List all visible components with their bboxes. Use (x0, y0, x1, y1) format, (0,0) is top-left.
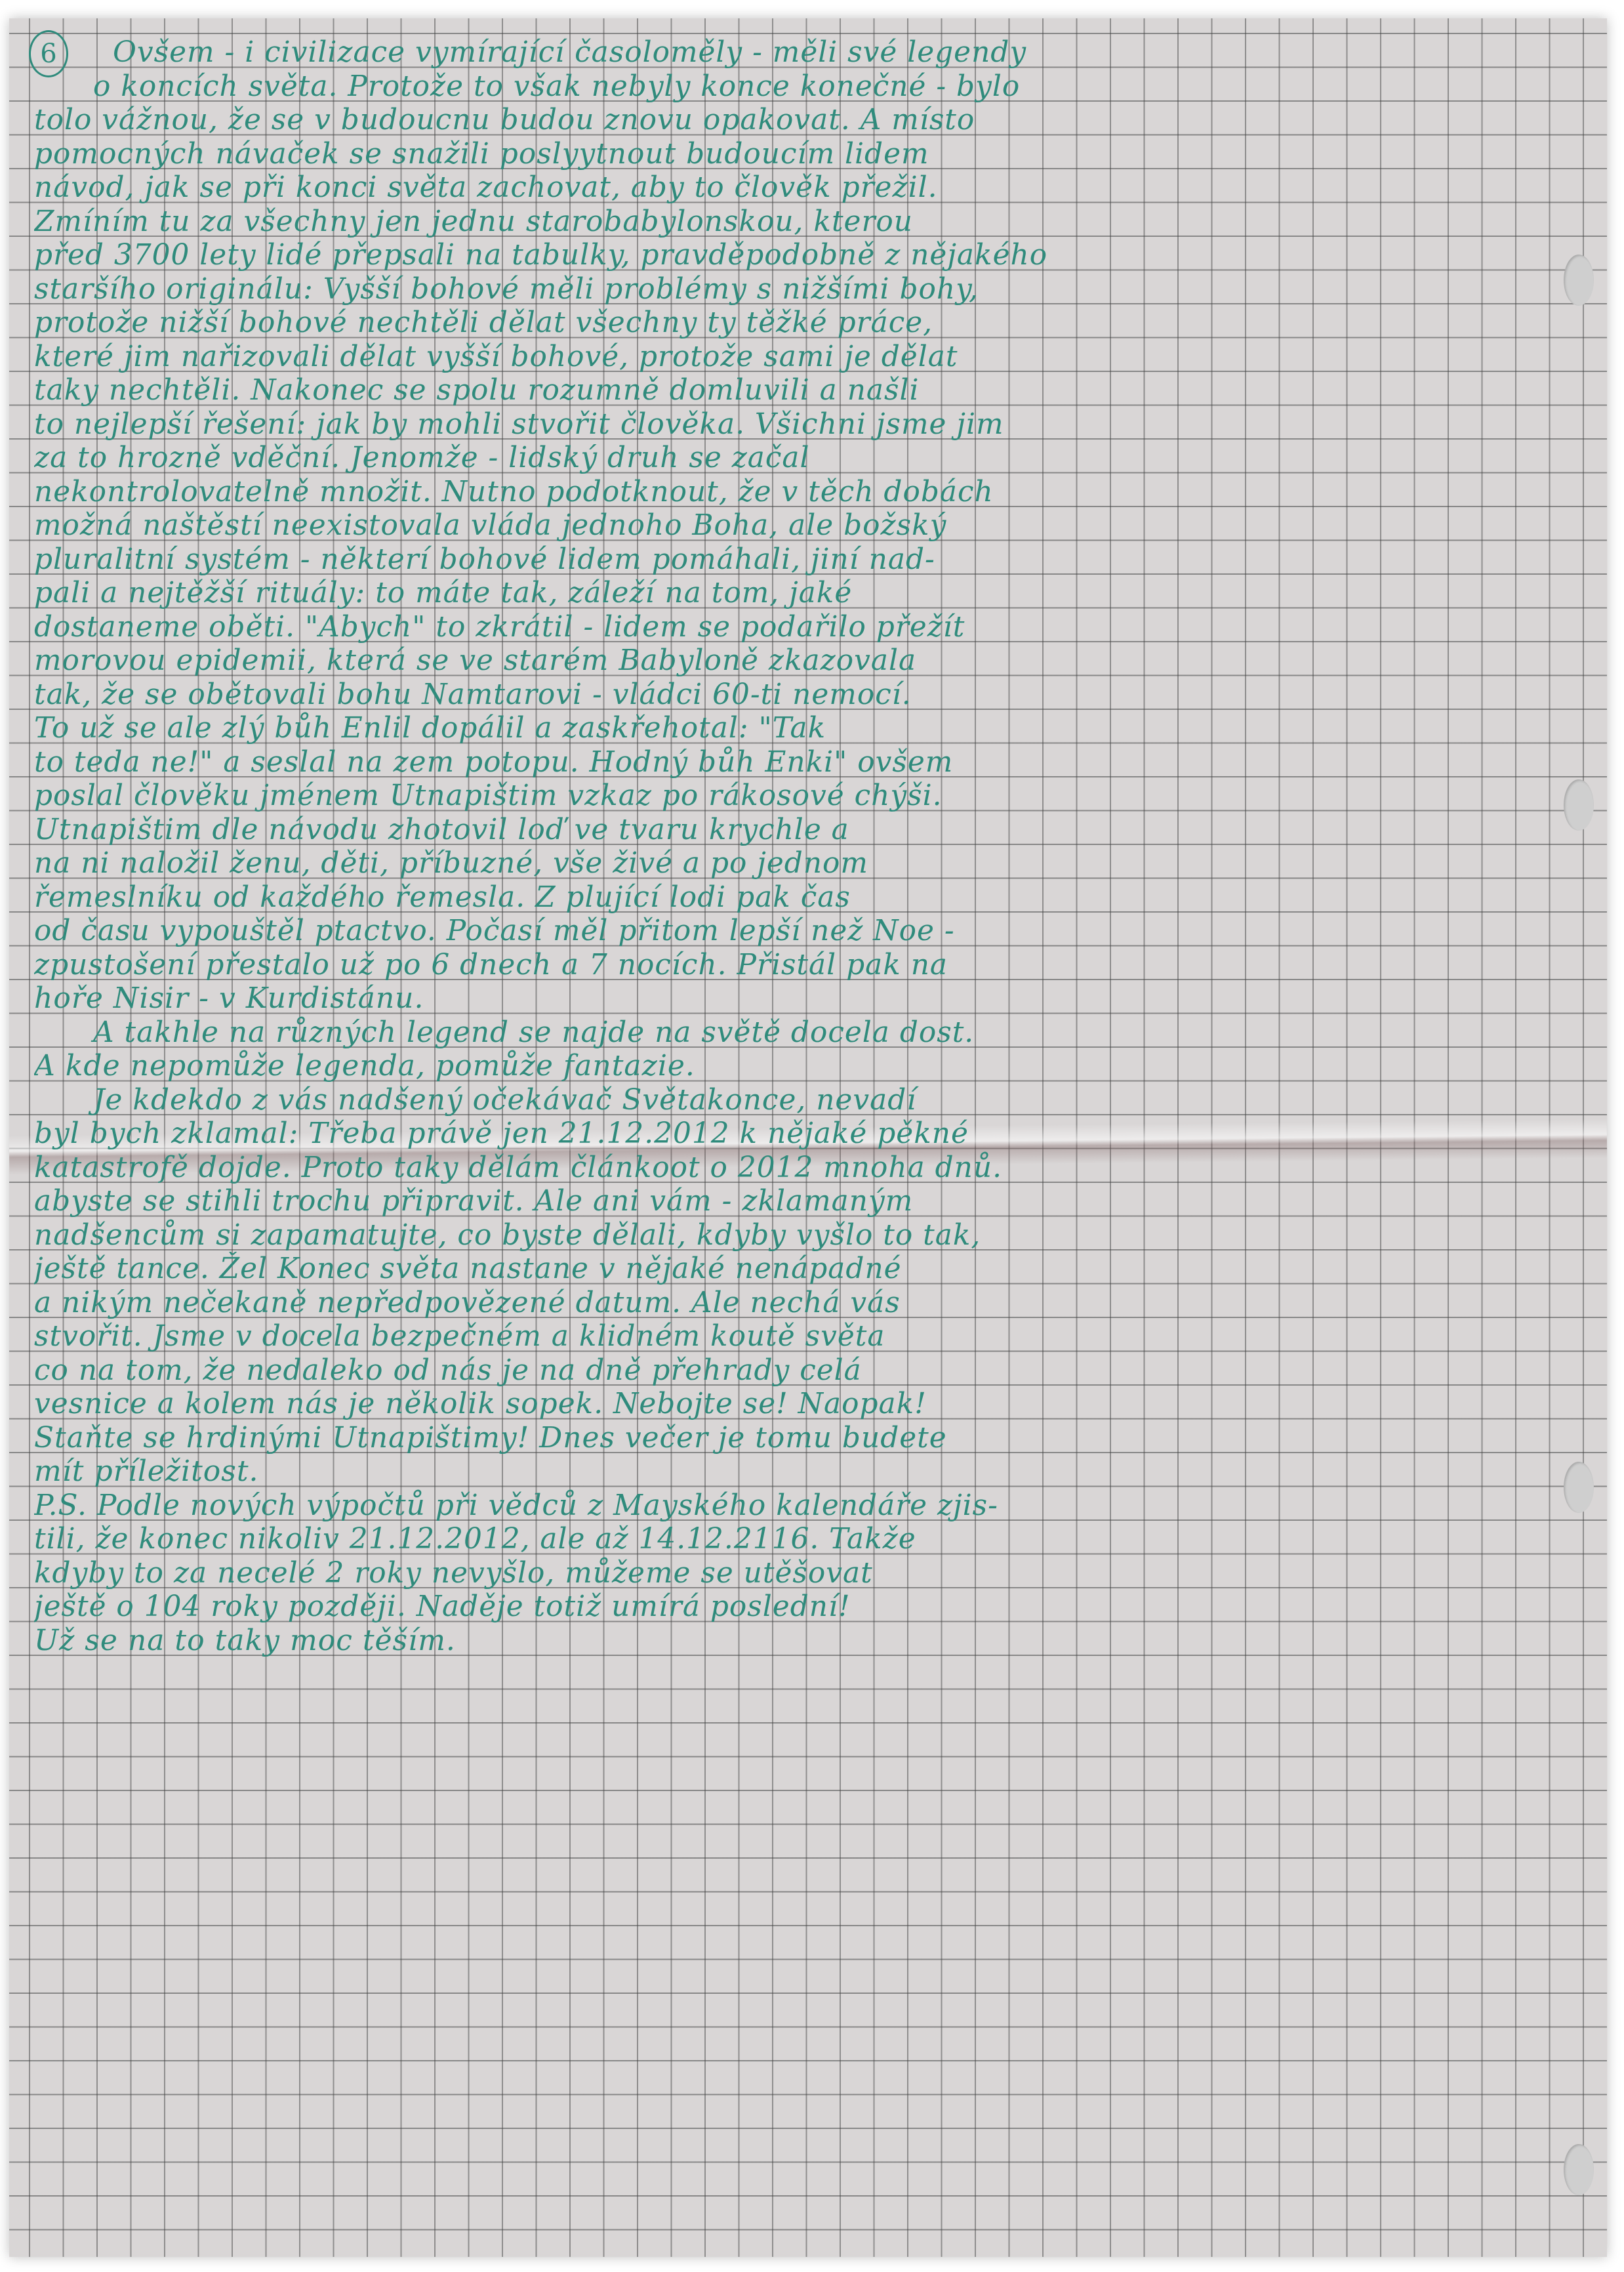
text-line: ještě o 104 roky později. Naděje totiž u… (34, 1590, 1589, 1624)
punch-hole (1564, 2144, 1594, 2195)
text-line: stvořit. Jsme v docela bezpečném a klidn… (34, 1319, 1589, 1353)
text-line: Zmíním tu za všechny jen jednu starobaby… (34, 205, 1589, 239)
text-line: Ovšem - i civilizace vymírající časolomě… (34, 35, 1589, 70)
text-line: před 3700 lety lidé přepsali na tabulky,… (34, 238, 1589, 272)
text-line: morovou epidemii, která se ve starém Bab… (34, 644, 1589, 678)
text-line: vesnice a kolem nás je několik sopek. Ne… (34, 1387, 1589, 1421)
text-line: co na tom, že nedaleko od nás je na dně … (34, 1353, 1589, 1388)
text-line: které jim nařizovali dělat vyšší bohové,… (34, 340, 1589, 374)
text-line: návod, jak se při konci světa zachovat, … (34, 171, 1589, 205)
text-line: taky nechtěli. Nakonec se spolu rozumně … (34, 373, 1589, 407)
text-line: možná naštěstí neexistovala vláda jednoh… (34, 508, 1589, 543)
text-line: od času vypouštěl ptactvo. Počasí měl př… (34, 914, 1589, 948)
text-line: ještě tance. Žel Konec světa nastane v n… (34, 1252, 1589, 1286)
text-line: pomocných návaček se snažili poslyytnout… (34, 137, 1589, 171)
text-line: pluralitní systém - některí bohové lidem… (34, 543, 1589, 577)
text-line: protože nižší bohové nechtěli dělat všec… (34, 306, 1589, 340)
text-line: nadšencům si zapamatujte, co byste dělal… (34, 1218, 1589, 1252)
text-line: zpustošení přestalo už po 6 dnech a 7 no… (34, 948, 1589, 982)
text-line: mít příležitost. (34, 1455, 1589, 1489)
text-line: tolo vážnou, že se v budoucnu budou znov… (34, 103, 1589, 137)
text-line: A kde nepomůže legenda, pomůže fantazie. (34, 1049, 1589, 1083)
text-line: A takhle na různých legend se najde na s… (34, 1016, 1589, 1050)
text-line: katastrofě dojde. Proto taky dělám článk… (34, 1151, 1589, 1185)
graph-paper-sheet: 6 Ovšem - i civilizace vymírající časolo… (9, 18, 1607, 2257)
text-line: to nejlepší řešení: jak by mohli stvořit… (34, 407, 1589, 442)
text-line: tili, že konec nikoliv 21.12.2012, ale a… (34, 1522, 1589, 1556)
text-line: Už se na to taky moc těším. (34, 1624, 1589, 1658)
text-line: hoře Nisir - v Kurdistánu. (34, 981, 1589, 1016)
text-line: Je kdekdo z vás nadšený očekávač Světako… (34, 1083, 1589, 1117)
text-line: staršího originálu: Vyšší bohové měli pr… (34, 272, 1589, 306)
text-line: řemeslníku od každého řemesla. Z plující… (34, 880, 1589, 915)
text-line: To už se ale zlý bůh Enlil dopálil a zas… (34, 711, 1589, 745)
text-line: byl bych zklamal: Třeba právě jen 21.12.… (34, 1117, 1589, 1151)
text-line: na ni naložil ženu, děti, příbuzné, vše … (34, 846, 1589, 880)
text-line: kdyby to za necelé 2 roky nevyšlo, můžem… (34, 1556, 1589, 1590)
text-line: a nikým nečekaně nepředpovězené datum. A… (34, 1286, 1589, 1320)
text-line: za to hrozně vděční. Jenomže - lidský dr… (34, 441, 1589, 475)
text-line: Utnapištim dle návodu zhotovil loď ve tv… (34, 813, 1589, 847)
text-line: poslal člověku jménem Utnapištim vzkaz p… (34, 779, 1589, 813)
text-line: tak, že se obětovali bohu Namtarovi - vl… (34, 678, 1589, 712)
text-line: P.S. Podle nových výpočtů při vědců z Ma… (34, 1489, 1589, 1523)
text-line: o koncích světa. Protože to však nebyly … (34, 70, 1589, 104)
text-line: abyste se stihli trochu připravit. Ale a… (34, 1184, 1589, 1218)
text-line: pali a nejtěžší rituály: to máte tak, zá… (34, 576, 1589, 610)
handwritten-text: Ovšem - i civilizace vymírající časolomě… (34, 35, 1589, 1657)
text-line: nekontrolovatelně množit. Nutno podotkno… (34, 475, 1589, 509)
text-line: to teda ne!" a seslal na zem potopu. Hod… (34, 745, 1589, 779)
text-line: dostaneme oběti. "Abych" to zkrátil - li… (34, 610, 1589, 644)
text-line: Staňte se hrdinými Utnapištimy! Dnes več… (34, 1421, 1589, 1455)
